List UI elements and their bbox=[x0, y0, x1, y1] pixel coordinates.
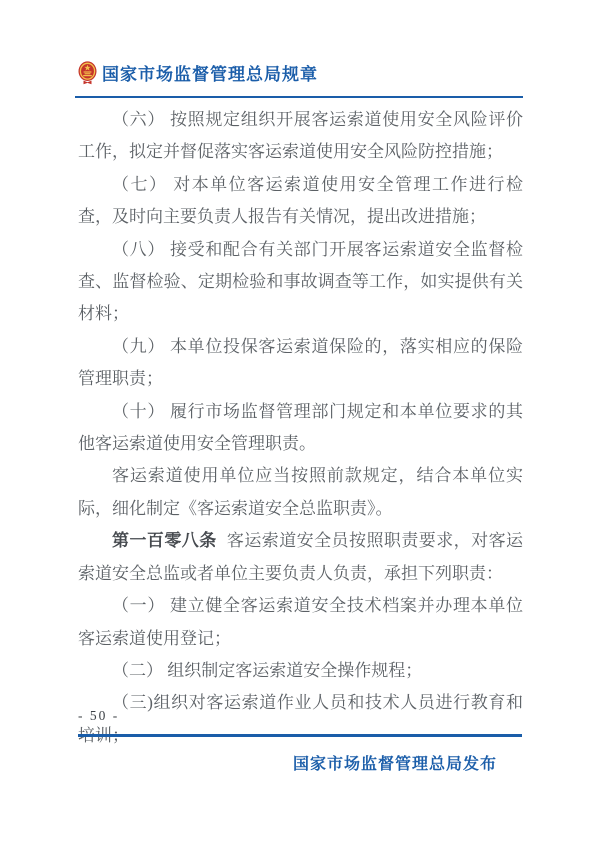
body-paragraph: （三)组织对客运索道作业人员和技术人员进行教育和培训； bbox=[78, 687, 523, 752]
china-national-emblem-icon bbox=[78, 61, 97, 85]
paragraph-text: （九） 本单位投保客运索道保险的，落实相应的保险管理职责； bbox=[78, 337, 523, 388]
body-paragraph: （八） 接受和配合有关部门开展客运索道安全监督检查、监督检验、定期检验和事故调查… bbox=[78, 234, 523, 331]
paragraph-text: 客运索道使用单位应当按照前款规定，结合本单位实际，细化制定《客运索道安全总监职责… bbox=[78, 466, 523, 517]
body-paragraph: （十） 履行市场监督管理部门规定和本单位要求的其他客运索道使用安全管理职责。 bbox=[78, 396, 523, 461]
document-page: 国家市场监督管理总局规章 （六） 按照规定组织开展客运索道使用安全风险评价工作，… bbox=[0, 0, 595, 842]
paragraph-text: （八） 接受和配合有关部门开展客运索道安全监督检查、监督检验、定期检验和事故调查… bbox=[78, 240, 523, 324]
body-paragraph: （七） 对本单位客运索道使用安全管理工作进行检查，及时向主要负责人报告有关情况，… bbox=[78, 169, 523, 234]
body-paragraph: 第一百零八条客运索道安全员按照职责要求，对客运索道安全总监或者单位主要负责人负责… bbox=[78, 525, 523, 590]
footer-divider bbox=[78, 734, 522, 737]
paragraph-text: （七） 对本单位客运索道使用安全管理工作进行检查，及时向主要负责人报告有关情况，… bbox=[78, 175, 523, 226]
page-header: 国家市场监督管理总局规章 bbox=[78, 60, 318, 85]
paragraph-text: （三)组织对客运索道作业人员和技术人员进行教育和培训； bbox=[78, 693, 523, 744]
paragraph-text: （一） 建立健全客运索道安全技术档案并办理本单位客运索道使用登记； bbox=[78, 596, 523, 647]
body-paragraph: 客运索道使用单位应当按照前款规定，结合本单位实际，细化制定《客运索道安全总监职责… bbox=[78, 460, 523, 525]
body-paragraph: （六） 按照规定组织开展客运索道使用安全风险评价工作，拟定并督促落实客运索道使用… bbox=[78, 104, 523, 169]
paragraph-text: （十） 履行市场监督管理部门规定和本单位要求的其他客运索道使用安全管理职责。 bbox=[78, 402, 523, 453]
publisher-label: 国家市场监督管理总局发布 bbox=[293, 751, 497, 774]
header-divider bbox=[75, 96, 523, 98]
page-header-title: 国家市场监督管理总局规章 bbox=[102, 60, 318, 85]
body-paragraph: （二） 组织制定客运索道安全操作规程； bbox=[78, 655, 523, 687]
body-paragraph: （一） 建立健全客运索道安全技术档案并办理本单位客运索道使用登记； bbox=[78, 590, 523, 655]
article-number-lead: 第一百零八条 bbox=[112, 531, 217, 550]
page-number: - 50 - bbox=[78, 708, 119, 724]
paragraph-text: （六） 按照规定组织开展客运索道使用安全风险评价工作，拟定并督促落实客运索道使用… bbox=[78, 110, 523, 161]
paragraph-text: （二） 组织制定客运索道安全操作规程； bbox=[112, 661, 422, 680]
body-paragraph: （九） 本单位投保客运索道保险的，落实相应的保险管理职责； bbox=[78, 331, 523, 396]
document-body: （六） 按照规定组织开展客运索道使用安全风险评价工作，拟定并督促落实客运索道使用… bbox=[78, 104, 523, 752]
